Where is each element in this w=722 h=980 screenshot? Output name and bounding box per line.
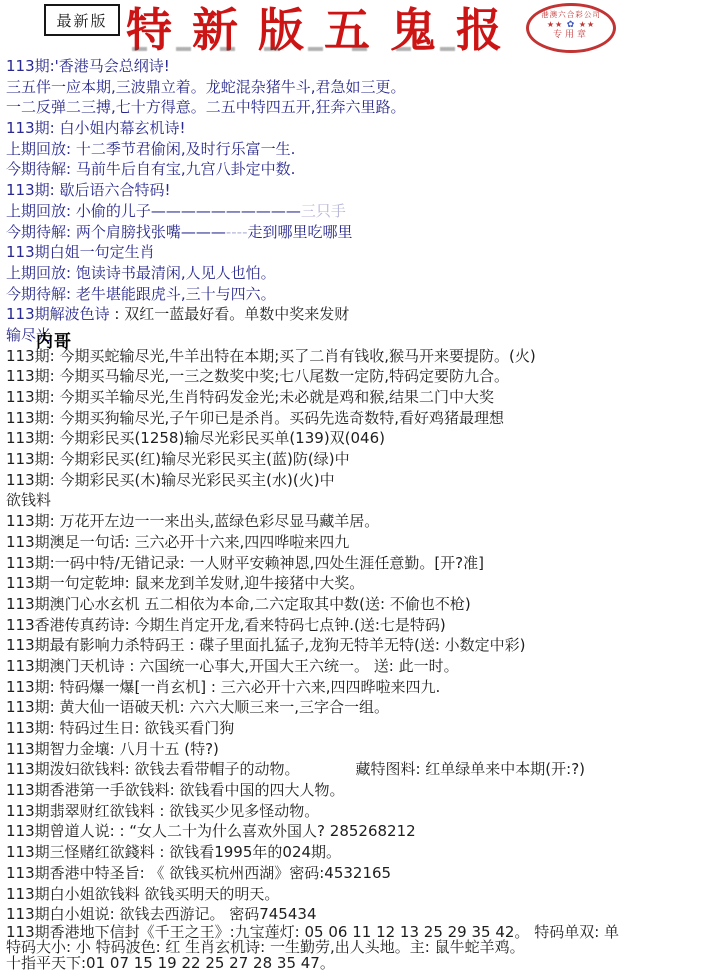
text-segment: 113期白姐一句定生肖 xyxy=(6,243,155,261)
text-segment: 113期泼妇欲钱料: 欲钱去看带帽子的动物。 xyxy=(6,760,299,778)
stamp-stars-left: ★★ xyxy=(547,20,563,29)
text-segment: 113期一句定乾坤: 鼠来龙到羊发财,迎牛接猪中大奖。 xyxy=(6,574,364,592)
text-line: 三五伴一应本期,三波鼎立着。龙蛇混杂猪牛斗,君急如三更。 xyxy=(6,77,722,98)
text-segment: 上期回放: 饱读诗书最清闲,人见人也怕。 xyxy=(6,264,276,282)
text-line: 113期香港第一手欲钱料: 欲钱看中国的四大人物。 xyxy=(6,780,722,801)
text-line: 一二反弹二三搏,七十方得意。二五中特四五开,狂奔六里路。 xyxy=(6,97,722,118)
text-line: 113期白姐一句定生肖 xyxy=(6,242,722,263)
text-segment: 113期: 特码爆一爆[一肖玄机] : 三六必开十六来,四四晔啦来四九. xyxy=(6,678,440,696)
text-segment: 113期: 今期买羊输尽光,生肖特码发金光;未必就是鸡和猴,结果二门中大奖 xyxy=(6,388,494,406)
text-segment: 今期待解: 马前牛后自有宝,九宫八卦定中数. xyxy=(6,160,295,178)
text-line: 113期: 黄大仙一语破天机: 六六大顺三来一,三字合一组。 xyxy=(6,697,722,718)
text-segment: 三只手 xyxy=(301,202,346,220)
stamp-stars-right: ★★ xyxy=(579,20,595,29)
text-line: 113期: 今期彩民买(木)输尽光彩民买主(水)(火)中 xyxy=(6,470,722,491)
text-line: 113期: 今期买羊输尽光,生肖特码发金光;未必就是鸡和猴,结果二门中大奖 xyxy=(6,387,722,408)
text-segment: 113期翡翠财红欲钱料 : 欲钱买少见多怪动物。 xyxy=(6,802,319,820)
text-line: 113期白小姐欲钱料 欲钱买明天的明天。 xyxy=(6,884,722,905)
text-segment: 113期: 今期买马输尽光,一三之数奖中奖;七八尾数一定防,特码定要防九合。 xyxy=(6,367,509,385)
text-line: 113期:'香港马会总纲诗! xyxy=(6,56,722,77)
text-segment: 三五伴一应本期,三波鼎立着。龙蛇混杂猪牛斗,君急如三更。 xyxy=(6,78,406,96)
text-segment: 113期: 特码过生日: 欲钱买看门狗 xyxy=(6,719,234,737)
text-segment: 113期: 歇后语六合特码! xyxy=(6,181,170,199)
text-segment: 113期: 今期买蛇输尽光,牛羊出特在本期;买了二肖有钱收,猴马开来要提防。(火… xyxy=(6,347,536,365)
text-line: 113期澳足一句话: 三六必开十六来,四四哗啦来四九 xyxy=(6,532,722,553)
text-segment: : 双红一蓝最好看。单数中奖来发财 xyxy=(110,305,350,323)
text-line: 113期智力金壤: 八月十五 (特?) xyxy=(6,739,722,760)
text-line: 113期: 今期彩民买(1258)输尽光彩民买单(139)双(046) xyxy=(6,428,722,449)
text-line: 113期澳门心水玄机 五二相依为本命,二六定取其中数(送: 不偷也不枪) xyxy=(6,594,722,615)
text-line: 113期: 今期买狗输尽光,子午卯已是杀肖。买码先选奇数特,看好鸡猪最理想 xyxy=(6,408,722,429)
text-segment: 113期:'香港马会总纲诗! xyxy=(6,57,170,75)
text-segment: 113期澳门天机诗 : 六国统一心事大,开国大王六统一。 送: 此一时。 xyxy=(6,657,459,675)
text-line: 113期: 万花开左边一一来出头,蓝绿色彩尽显马藏羊居。 xyxy=(6,511,722,532)
text-line: 今期待解: 马前牛后自有宝,九宫八卦定中数. xyxy=(6,159,722,180)
text-line: 113期白小姐说: 欲钱去西游记。 密码745434 xyxy=(6,904,722,925)
stamp-arc-text: 港澳六合彩公司 xyxy=(531,10,611,20)
five-ghost-report-page: 最新版 特新版五鬼报 港澳六合彩公司 ★★ ✿ ★★ 专用章 113期:'香港马… xyxy=(0,0,722,980)
text-line: 欲钱料 xyxy=(6,490,722,511)
text-segment: 欲钱料 xyxy=(6,491,51,509)
text-line: 113期曾道人说: : “女人二十为什么喜欢外国人? 285268212 xyxy=(6,821,722,842)
stamp-bottom-text: 专用章 xyxy=(529,30,613,41)
text-line: 113期一句定乾坤: 鼠来龙到羊发财,迎牛接猪中大奖。 xyxy=(6,573,722,594)
text-segment: 113期三怪赌红欲錢料 : 欲钱看1995年的024期。 xyxy=(6,843,341,861)
text-segment: 113期: 今期买狗输尽光,子午卯已是杀肖。买码先选奇数特,看好鸡猪最理想 xyxy=(6,409,504,427)
text-line: 113期最有影响力杀特码王 : 碟子里面扎猛子,龙狗无特羊无特(送: 小数定中彩… xyxy=(6,635,722,656)
text-segment: 113期香港中特圣旨: 《 欲钱买杭州西湖》密码:4532165 xyxy=(6,864,391,882)
text-segment: 十指平天下:01 07 15 19 22 25 27 28 35 47。 xyxy=(6,954,335,972)
text-segment: 113期: 今期彩民买(红)输尽光彩民买主(蓝)防(绿)中 xyxy=(6,450,350,468)
text-segment: 113期白小姐说: 欲钱去西游记。 密码745434 xyxy=(6,905,316,923)
text-line: 113期澳门天机诗 : 六国统一心事大,开国大王六统一。 送: 此一时。 xyxy=(6,656,722,677)
text-line: 113期解波色诗 : 双红一蓝最好看。单数中奖来发财 xyxy=(6,304,722,325)
text-segment: 113期香港第一手欲钱料: 欲钱看中国的四大人物。 xyxy=(6,781,344,799)
text-segment: 今期待解: 老牛堪能跟虎斗,三十与四六。 xyxy=(6,285,276,303)
text-segment: 113期: 黄大仙一语破天机: 六六大顺三来一,三字合一组。 xyxy=(6,698,389,716)
text-line: 十指平天下:01 07 15 19 22 25 27 28 35 47。 xyxy=(6,956,722,972)
text-segment: 一二反弹二三搏,七十方得意。二五中特四五开,狂奔六里路。 xyxy=(6,98,406,116)
text-line: 113期: 今期买蛇输尽光,牛羊出特在本期;买了二肖有钱收,猴马开来要提防。(火… xyxy=(6,346,722,367)
text-line: 今期待解: 两个肩膀找张嘴———----走到哪里吃哪里 xyxy=(6,222,722,243)
text-line: 113期: 白小姐内幕玄机诗! xyxy=(6,118,722,139)
text-line: 上期回放: 十二季节君偷闲,及时行乐富一生. xyxy=(6,139,722,160)
text-line: 今期待解: 老牛堪能跟虎斗,三十与四六。 xyxy=(6,284,722,305)
text-line: 113期: 今期买马输尽光,一三之数奖中奖;七八尾数一定防,特码定要防九合。 xyxy=(6,366,722,387)
text-segment: 113期解波色诗 xyxy=(6,305,110,323)
text-segment: 上期回放: 小偷的儿子—————————— xyxy=(6,202,301,220)
text-line: 113期:一码中特/无错记录: 一人财平安赖神恩,四处生涯任意勤。[开?准] xyxy=(6,553,722,574)
text-segment: 113期: 白小姐内幕玄机诗! xyxy=(6,119,185,137)
text-segment: 113期: 万花开左边一一来出头,蓝绿色彩尽显马藏羊居。 xyxy=(6,512,379,530)
text-segment: 113期: 今期彩民买(木)输尽光彩民买主(水)(火)中 xyxy=(6,471,335,489)
erased-text-smudge xyxy=(132,47,482,51)
text-line: 113期: 特码爆一爆[一肖玄机] : 三六必开十六来,四四晔啦来四九. xyxy=(6,677,722,698)
stamp-stars-row: ★★ ✿ ★★ xyxy=(529,20,613,30)
text-segment: 藏特图料: 红单绿单来中本期(开:?) xyxy=(355,760,585,778)
page-title: 特新版五鬼报 xyxy=(126,0,522,60)
text-segment: 上期回放: 十二季节君偷闲,及时行乐富一生. xyxy=(6,140,295,158)
text-segment: ---- xyxy=(226,223,248,241)
text-line: 113期香港中特圣旨: 《 欲钱买杭州西湖》密码:4532165 xyxy=(6,863,722,884)
text-line: 113香港传真药诗: 今期生肖定开龙,看来特码七点钟.(送:七是特码) xyxy=(6,615,722,636)
text-segment: 113期曾道人说: : “女人二十为什么喜欢外国人? 285268212 xyxy=(6,822,416,840)
edition-badge: 最新版 xyxy=(44,4,120,36)
text-segment: 今期待解: 两个肩膀找张嘴——— xyxy=(6,223,226,241)
text-segment: 走到哪里吃哪里 xyxy=(247,223,352,241)
text-segment: 113期智力金壤: 八月十五 (特?) xyxy=(6,740,219,758)
text-line: 113期三怪赌红欲錢料 : 欲钱看1995年的024期。 xyxy=(6,842,722,863)
text-line: 113期翡翠财红欲钱料 : 欲钱买少见多怪动物。 xyxy=(6,801,722,822)
text-segment: 113期澳足一句话: 三六必开十六来,四四哗啦来四九 xyxy=(6,533,349,551)
text-segment: 113香港传真药诗: 今期生肖定开龙,看来特码七点钟.(送:七是特码) xyxy=(6,616,446,634)
text-segment: 113期:一码中特/无错记录: 一人财平安赖神恩,四处生涯任意勤。[开?准] xyxy=(6,554,484,572)
stamp-flower-icon: ✿ xyxy=(567,20,576,30)
text-line: 113期: 歇后语六合特码! xyxy=(6,180,722,201)
text-line: 上期回放: 饱读诗书最清闲,人见人也怕。 xyxy=(6,263,722,284)
text-line: 113期: 今期彩民买(红)输尽光彩民买主(蓝)防(绿)中 xyxy=(6,449,722,470)
text-line: 上期回放: 小偷的儿子——————————三只手 xyxy=(6,201,722,222)
text-segment: 113期白小姐欲钱料 欲钱买明天的明天。 xyxy=(6,885,279,903)
text-line: 输尽光内哥 xyxy=(6,325,722,346)
text-segment: 113期最有影响力杀特码王 : 碟子里面扎猛子,龙狗无特羊无特(送: 小数定中彩… xyxy=(6,636,526,654)
text-segment: 113期澳门心水玄机 五二相依为本命,二六定取其中数(送: 不偷也不枪) xyxy=(6,595,471,613)
text-line: 113期: 特码过生日: 欲钱买看门狗 xyxy=(6,718,722,739)
text-segment: 113期: 今期彩民买(1258)输尽光彩民买单(139)双(046) xyxy=(6,429,385,447)
text-line: 113期泼妇欲钱料: 欲钱去看带帽子的动物。藏特图料: 红单绿单来中本期(开:?… xyxy=(6,759,722,780)
lines: 113期:'香港马会总纲诗!三五伴一应本期,三波鼎立着。龙蛇混杂猪牛斗,君急如三… xyxy=(6,56,722,971)
company-stamp-icon: 港澳六合彩公司 ★★ ✿ ★★ 专用章 xyxy=(526,3,616,53)
